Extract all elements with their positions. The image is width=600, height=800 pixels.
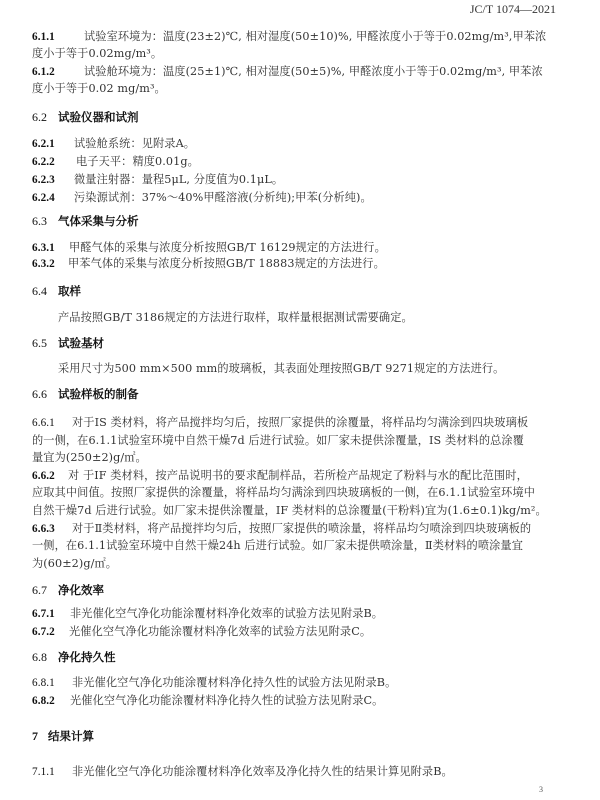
section-title: 取样 <box>58 284 81 298</box>
chapter-title: 结果计算 <box>48 729 94 743</box>
clause-text: 试验舱环境为：温度(25±1)℃, 相对湿度(50±5)%, 甲醛浓度小于等于0… <box>84 65 543 78</box>
clause-6-2-3: 6.2.3微量注射器：量程5μL, 分度值为0.1μL。 <box>32 171 556 189</box>
section-heading-6-3: 6.3气体采集与分析 <box>32 212 139 230</box>
clause-number: 6.6.1 <box>32 415 72 432</box>
clause-number: 7.1.1 <box>32 764 72 781</box>
clause-text: 污染源试剂：37%～40%甲醛溶液(分析纯);甲苯(分析纯)。 <box>74 191 372 204</box>
section-number: 6.6 <box>32 385 58 403</box>
clause-text: 量宜为(250±2)g/㎡。 <box>32 451 147 464</box>
clause-number: 6.6.3 <box>32 521 72 538</box>
clause-text: 非光催化空气净化功能涂覆材料净化效率的试验方法见附录B。 <box>70 607 383 620</box>
clause-6-1-1-line-2: 度小于等于0.02mg/m³。 <box>32 45 556 62</box>
section-title: 净化效率 <box>58 583 104 597</box>
clause-text: 自然干燥7d 后进行试验。如厂家未提供涂覆量，IF 类材料的总涂覆量(干粉料)宜… <box>32 504 547 517</box>
clause-6-1-2-line-1: 6.1.2试验舱环境为：温度(25±1)℃, 相对湿度(50±5)%, 甲醛浓度… <box>32 63 556 81</box>
clause-text: 试验舱系统：见附录A。 <box>74 137 195 150</box>
section-number: 6.3 <box>32 212 58 230</box>
clause-number: 6.2.3 <box>32 172 74 189</box>
clause-text: 对于Ⅱ类材料，将产品搅拌均匀后，按照厂家提供的喷涂量，将样品均匀喷涂到四块玻璃板… <box>72 522 531 535</box>
section-title: 试验样板的制备 <box>58 387 139 401</box>
clause-6-6-2-line-3: 自然干燥7d 后进行试验。如厂家未提供涂覆量，IF 类材料的总涂覆量(干粉料)宜… <box>32 502 556 519</box>
section-title: 气体采集与分析 <box>58 214 139 228</box>
section-number: 6.4 <box>32 282 58 300</box>
chapter-heading-7: 7结果计算 <box>32 727 94 745</box>
clause-number: 6.2.1 <box>32 136 74 153</box>
section-title: 试验仪器和试剂 <box>58 110 139 124</box>
clause-6-8-1: 6.8.1非光催化空气净化功能涂覆材料净化持久性的试验方法见附录B。 <box>32 674 556 692</box>
clause-text: 一侧，在6.1.1试验室环境中自然干燥24h 后进行试验。如厂家未提供喷涂量，Ⅱ… <box>32 539 523 552</box>
clause-text: 对于IS 类材料，将产品搅拌均匀后，按照厂家提供的涂覆量，将样品均匀满涂到四块玻… <box>72 416 528 429</box>
clause-number: 6.1.1 <box>32 29 84 46</box>
clause-number: 6.6.2 <box>32 468 68 485</box>
section-number: 6.7 <box>32 581 58 599</box>
clause-6-6-1-line-1: 6.6.1对于IS 类材料，将产品搅拌均匀后，按照厂家提供的涂覆量，将样品均匀满… <box>32 414 556 432</box>
clause-text: 试验室环境为：温度(23±2)℃, 相对湿度(50±10)%, 甲醛浓度小于等于… <box>84 30 546 43</box>
clause-number: 6.1.2 <box>32 64 84 81</box>
clause-6-2-1: 6.2.1试验舱系统：见附录A。 <box>32 135 556 153</box>
clause-number: 6.8.2 <box>32 693 70 710</box>
standard-code: JC/T 1074—2021 <box>470 2 556 17</box>
paragraph-text: 产品按照GB/T 3186规定的方法进行取样，取样量根据测试需要确定。 <box>58 311 413 324</box>
clause-text: 度小于等于0.02 mg/m³。 <box>32 82 166 95</box>
clause-number: 6.8.1 <box>32 675 72 692</box>
clause-text: 光催化空气净化功能涂覆材料净化效率的试验方法见附录C。 <box>69 625 371 638</box>
section-title: 净化持久性 <box>58 650 116 664</box>
clause-text: 对 于IF 类材料，按产品说明书的要求配制样品，若所检产品规定了粉料与水的配比范… <box>68 469 528 482</box>
clause-text: 度小于等于0.02mg/m³。 <box>32 47 162 60</box>
clause-6-1-2-line-2: 度小于等于0.02 mg/m³。 <box>32 80 556 97</box>
clause-6-2-4: 6.2.4污染源试剂：37%～40%甲醛溶液(分析纯);甲苯(分析纯)。 <box>32 189 556 207</box>
chapter-number: 7 <box>32 727 48 745</box>
section-heading-6-8: 6.8净化持久性 <box>32 648 116 666</box>
section-number: 6.2 <box>32 108 58 126</box>
clause-6-6-3-line-3: 为(60±2)g/㎡。 <box>32 555 556 572</box>
clause-text: 甲苯气体的采集与浓度分析按照GB/T 18883规定的方法进行。 <box>68 257 385 270</box>
clause-6-6-3-line-1: 6.6.3对于Ⅱ类材料，将产品搅拌均匀后，按照厂家提供的喷涂量，将样品均匀喷涂到… <box>32 520 556 538</box>
paragraph-6-5: 采用尺寸为500 mm×500 mm的玻璃板，其表面处理按照GB/T 9271规… <box>58 360 582 377</box>
section-title: 试验基材 <box>58 336 104 350</box>
clause-text: 的一侧，在6.1.1试验室环境中自然干燥7d 后进行试验。如厂家未提供涂覆量，I… <box>32 434 524 447</box>
clause-6-6-1-line-3: 量宜为(250±2)g/㎡。 <box>32 449 556 466</box>
section-number: 6.8 <box>32 648 58 666</box>
section-heading-6-5: 6.5试验基材 <box>32 334 104 352</box>
clause-6-8-2: 6.8.2光催化空气净化功能涂覆材料净化持久性的试验方法见附录C。 <box>32 692 556 710</box>
clause-6-7-2: 6.7.2光催化空气净化功能涂覆材料净化效率的试验方法见附录C。 <box>32 623 556 641</box>
page-number: 3 <box>539 785 543 794</box>
clause-6-2-2: 6.2.2电子天平：精度0.01g。 <box>32 153 556 171</box>
clause-6-6-3-line-2: 一侧，在6.1.1试验室环境中自然干燥24h 后进行试验。如厂家未提供喷涂量，Ⅱ… <box>32 537 556 554</box>
clause-text: 为(60±2)g/㎡。 <box>32 557 117 570</box>
clause-text: 微量注射器：量程5μL, 分度值为0.1μL。 <box>74 173 283 186</box>
clause-number: 6.2.2 <box>32 154 76 171</box>
clause-number: 6.7.2 <box>32 624 69 641</box>
document-page: JC/T 1074—2021 6.1.1试验室环境为：温度(23±2)℃, 相对… <box>0 0 600 800</box>
clause-6-6-1-line-2: 的一侧，在6.1.1试验室环境中自然干燥7d 后进行试验。如厂家未提供涂覆量，I… <box>32 432 556 449</box>
section-number: 6.5 <box>32 334 58 352</box>
clause-text: 甲醛气体的采集与浓度分析按照GB/T 16129规定的方法进行。 <box>69 241 386 254</box>
section-heading-6-4: 6.4取样 <box>32 282 81 300</box>
clause-number: 6.2.4 <box>32 190 74 207</box>
clause-text: 应取其中间值。按照厂家提供的涂覆量，将样品均匀满涂到四块玻璃板的一侧，在6.1.… <box>32 486 535 499</box>
clause-6-6-2-line-2: 应取其中间值。按照厂家提供的涂覆量，将样品均匀满涂到四块玻璃板的一侧，在6.1.… <box>32 484 556 501</box>
clause-number: 6.7.1 <box>32 606 70 623</box>
section-heading-6-2: 6.2试验仪器和试剂 <box>32 108 139 126</box>
section-heading-6-7: 6.7净化效率 <box>32 581 104 599</box>
clause-7-1-1: 7.1.1非光催化空气净化功能涂覆材料净化效率及净化持久性的结果计算见附录B。 <box>32 763 556 781</box>
clause-6-6-2-line-1: 6.6.2对 于IF 类材料，按产品说明书的要求配制样品，若所检产品规定了粉料与… <box>32 467 556 485</box>
section-heading-6-6: 6.6试验样板的制备 <box>32 385 139 403</box>
clause-text: 电子天平：精度0.01g。 <box>76 155 199 168</box>
paragraph-text: 采用尺寸为500 mm×500 mm的玻璃板，其表面处理按照GB/T 9271规… <box>58 362 504 375</box>
clause-6-7-1: 6.7.1非光催化空气净化功能涂覆材料净化效率的试验方法见附录B。 <box>32 605 556 623</box>
clause-text: 非光催化空气净化功能涂覆材料净化持久性的试验方法见附录B。 <box>72 676 396 689</box>
clause-text: 光催化空气净化功能涂覆材料净化持久性的试验方法见附录C。 <box>70 694 383 707</box>
clause-number: 6.3.2 <box>32 256 68 273</box>
paragraph-6-4: 产品按照GB/T 3186规定的方法进行取样，取样量根据测试需要确定。 <box>58 309 582 326</box>
clause-text: 非光催化空气净化功能涂覆材料净化效率及净化持久性的结果计算见附录B。 <box>72 765 453 778</box>
clause-6-3-2: 6.3.2甲苯气体的采集与浓度分析按照GB/T 18883规定的方法进行。 <box>32 255 556 273</box>
clause-6-1-1-line-1: 6.1.1试验室环境为：温度(23±2)℃, 相对湿度(50±10)%, 甲醛浓… <box>32 28 556 46</box>
